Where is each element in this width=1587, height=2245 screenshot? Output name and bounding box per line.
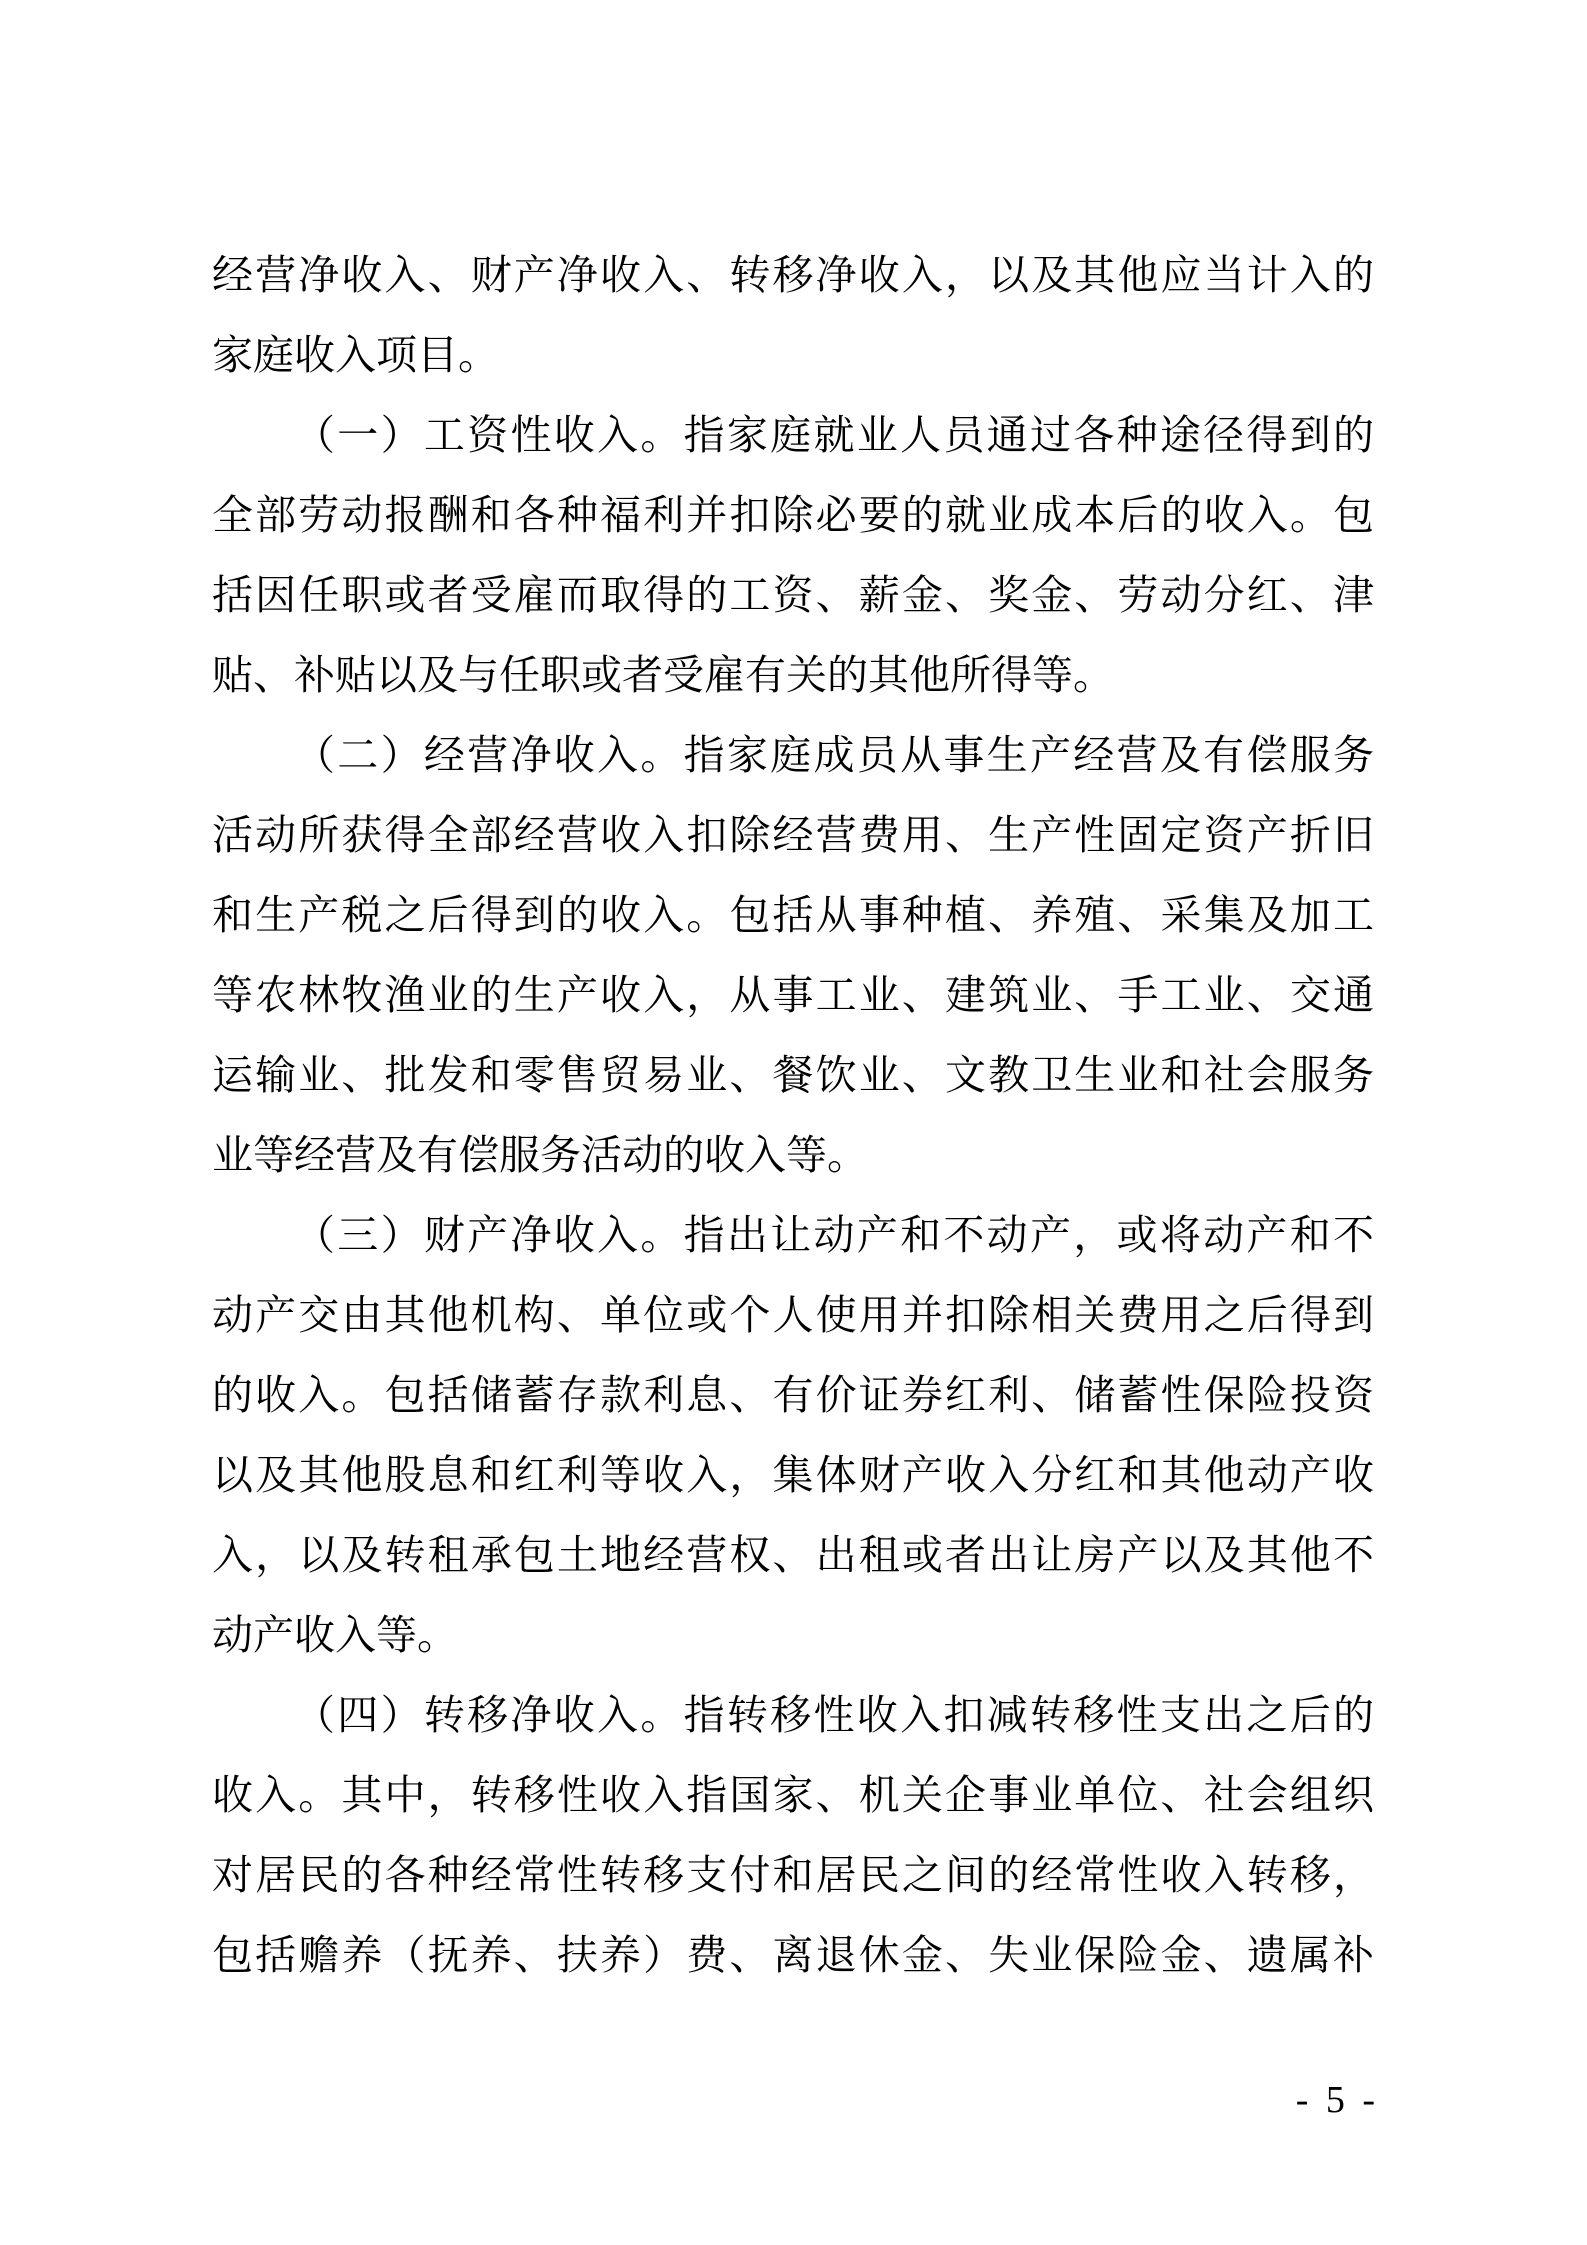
paragraph: （二）经营净收入。指家庭成员从事生产经营及有偿服务 活动所获得全部经营收入扣除经…: [212, 715, 1374, 1195]
text-line: 入，以及转租承包土地经营权、出租或者出让房产以及其他不: [212, 1515, 1374, 1595]
text-line: 以及其他股息和红利等收入，集体财产收入分红和其他动产收: [212, 1435, 1374, 1515]
paragraph: 经营净收入、财产净收入、转移净收入，以及其他应当计入的 家庭收入项目。: [212, 235, 1374, 395]
paragraph: （三）财产净收入。指出让动产和不动产，或将动产和不 动产交由其他机构、单位或个人…: [212, 1195, 1374, 1675]
text-line: 和生产税之后得到的收入。包括从事种植、养殖、采集及加工: [212, 875, 1374, 955]
text-line: 括因任职或者受雇而取得的工资、薪金、奖金、劳动分红、津: [212, 555, 1374, 635]
text-line: （四）转移净收入。指转移性收入扣减转移性支出之后的: [212, 1675, 1374, 1755]
text-line: 家庭收入项目。: [212, 315, 1374, 395]
text-line: 贴、补贴以及与任职或者受雇有关的其他所得等。: [212, 635, 1374, 715]
text-line: 收入。其中，转移性收入指国家、机关企事业单位、社会组织: [212, 1755, 1374, 1835]
body-text: 经营净收入、财产净收入、转移净收入，以及其他应当计入的 家庭收入项目。 （一）工…: [212, 235, 1374, 1995]
text-line: 动产交由其他机构、单位或个人使用并扣除相关费用之后得到: [212, 1275, 1374, 1355]
text-line: （二）经营净收入。指家庭成员从事生产经营及有偿服务: [212, 715, 1374, 795]
text-line: 运输业、批发和零售贸易业、餐饮业、文教卫生业和社会服务: [212, 1035, 1374, 1115]
text-line: 的收入。包括储蓄存款利息、有价证券红利、储蓄性保险投资: [212, 1355, 1374, 1435]
text-line: 业等经营及有偿服务活动的收入等。: [212, 1115, 1374, 1195]
paragraph: （一）工资性收入。指家庭就业人员通过各种途径得到的 全部劳动报酬和各种福利并扣除…: [212, 395, 1374, 715]
text-line: 经营净收入、财产净收入、转移净收入，以及其他应当计入的: [212, 235, 1374, 315]
text-line: 动产收入等。: [212, 1595, 1374, 1675]
text-line: 等农林牧渔业的生产收入，从事工业、建筑业、手工业、交通: [212, 955, 1374, 1035]
paragraph: （四）转移净收入。指转移性收入扣减转移性支出之后的 收入。其中，转移性收入指国家…: [212, 1675, 1374, 1995]
text-line: 活动所获得全部经营收入扣除经营费用、生产性固定资产折旧: [212, 795, 1374, 875]
text-line: 包括赡养（抚养、扶养）费、离退休金、失业保险金、遗属补: [212, 1915, 1374, 1995]
document-page: 经营净收入、财产净收入、转移净收入，以及其他应当计入的 家庭收入项目。 （一）工…: [0, 0, 1587, 2245]
page-number: - 5 -: [1296, 2080, 1379, 2120]
text-line: 对居民的各种经常性转移支付和居民之间的经常性收入转移，: [212, 1835, 1374, 1915]
text-line: （三）财产净收入。指出让动产和不动产，或将动产和不: [212, 1195, 1374, 1275]
text-line: 全部劳动报酬和各种福利并扣除必要的就业成本后的收入。包: [212, 475, 1374, 555]
text-line: （一）工资性收入。指家庭就业人员通过各种途径得到的: [212, 395, 1374, 475]
